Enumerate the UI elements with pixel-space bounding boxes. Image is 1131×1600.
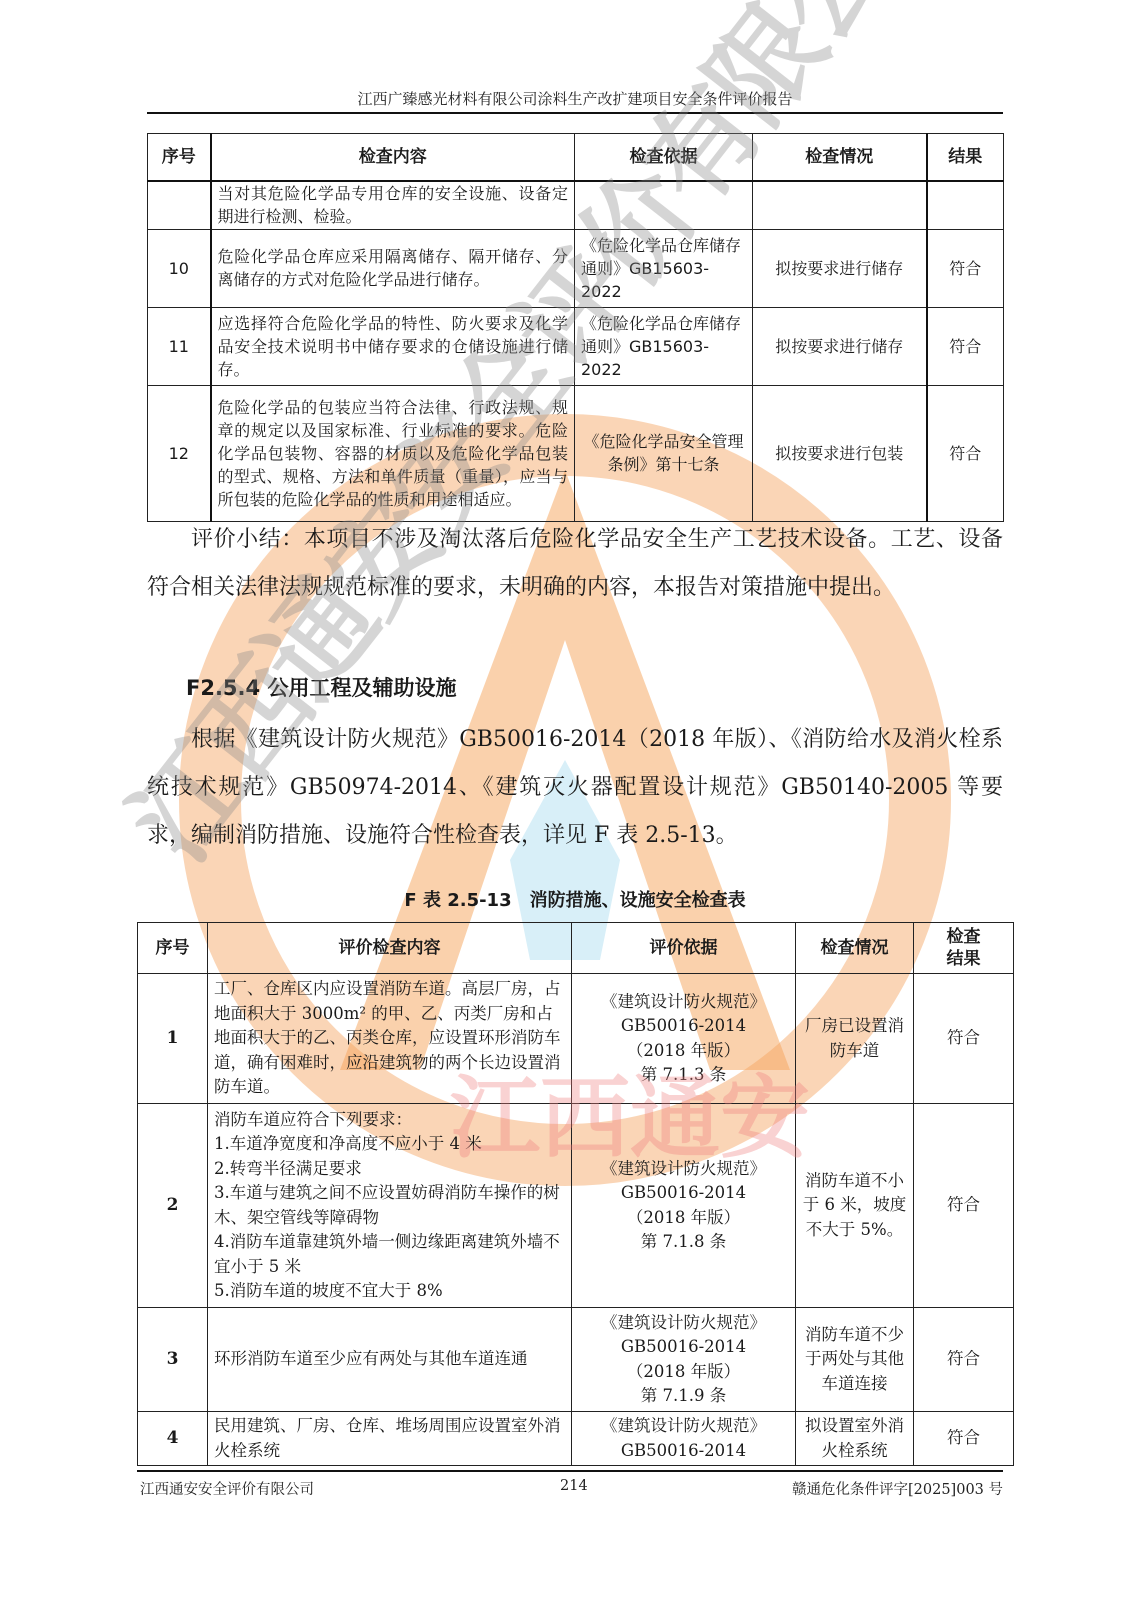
row-status [753, 181, 927, 229]
section-paragraph: 根据《建筑设计防火规范》GB50016-2014（2018 年版）、《消防给水及… [147, 716, 1003, 860]
header-rule [147, 112, 1003, 114]
col-header-result-label: 检查结果 [946, 926, 982, 970]
row-content: 消防车道应符合下列要求： 1.车道净宽度和净高度不应小于 4 米 2.转弯半径满… [208, 1104, 572, 1308]
hazmat-storage-check-table: 序号 检查内容 检查依据 检查情况 结果 当对其危险化学品专用仓库的安全设施、设… [147, 133, 1004, 522]
col-header-result: 检查结果 [914, 923, 1014, 974]
row-result: 符合 [927, 229, 1004, 307]
table-row: 11 应选择符合危险化学品的特性、防火要求及化学品安全技术说明书中储存要求的仓储… [148, 307, 1004, 385]
basis-line: 《建筑设计防火规范》 [578, 990, 789, 1015]
footer-page-number: 214 [560, 1478, 588, 1494]
basis-line: （2018 年版） [578, 1360, 789, 1385]
row-content: 危险化学品仓库应采用隔离储存、隔开储存、分离储存的方式对危险化学品进行储存。 [211, 229, 575, 307]
basis-line: 第 7.1.9 条 [578, 1384, 789, 1409]
row-status: 拟按要求进行储存 [753, 229, 927, 307]
row-basis: 《建筑设计防火规范》 GB50016-2014 （2018 年版） 第 7.1.… [572, 1104, 796, 1308]
row-content: 环形消防车道至少应有两处与其他车道连通 [208, 1308, 572, 1412]
table-row: 3 环形消防车道至少应有两处与其他车道连通 《建筑设计防火规范》 GB50016… [138, 1308, 1014, 1412]
row-result: 符合 [914, 1308, 1014, 1412]
footer-doc-number: 赣通危化条件评字[2025]003 号 [792, 1478, 1003, 1499]
basis-line: 《建筑设计防火规范》 [578, 1311, 789, 1336]
row-status: 拟按要求进行包装 [753, 385, 927, 521]
row-status: 消防车道不少于两处与其他车道连接 [796, 1308, 914, 1412]
row-no: 1 [138, 974, 208, 1104]
content-line: 5.消防车道的坡度不宜大于 8% [214, 1279, 565, 1304]
row-result: 符合 [914, 974, 1014, 1104]
basis-line: 《建筑设计防火规范》 [578, 1414, 789, 1439]
fire-protection-check-table: 序号 评价检查内容 评价依据 检查情况 检查结果 1 工厂、仓库区内应设置消防车… [137, 922, 1014, 1466]
row-no: 12 [148, 385, 211, 521]
col-header-no: 序号 [148, 134, 211, 182]
footer-rule [137, 1470, 1003, 1472]
content-line: 消防车道应符合下列要求： [214, 1108, 565, 1133]
basis-line: GB50016-2014 [578, 1335, 789, 1360]
col-header-result: 结果 [927, 134, 1004, 182]
table-caption: F 表 2.5-13 消防措施、设施安全检查表 [147, 886, 1003, 912]
section-heading: F2.5.4 公用工程及辅助设施 [186, 672, 456, 702]
row-result: 符合 [927, 307, 1004, 385]
row-no: 2 [138, 1104, 208, 1308]
basis-line: 第 7.1.3 条 [578, 1063, 789, 1088]
row-basis: 《建筑设计防火规范》 GB50016-2014 [572, 1412, 796, 1466]
col-header-status: 检查情况 [753, 134, 927, 182]
row-content: 应选择符合危险化学品的特性、防火要求及化学品安全技术说明书中储存要求的仓储设施进… [211, 307, 575, 385]
content-line: 2.转弯半径满足要求 [214, 1157, 565, 1182]
row-result: 符合 [914, 1412, 1014, 1466]
table-row: 12 危险化学品的包装应当符合法律、行政法规、规章的规定以及国家标准、行业标准的… [148, 385, 1004, 521]
basis-line: （2018 年版） [578, 1039, 789, 1064]
row-status: 厂房已设置消防车道 [796, 974, 914, 1104]
row-no: 4 [138, 1412, 208, 1466]
row-result [927, 181, 1004, 229]
table-row: 2 消防车道应符合下列要求： 1.车道净宽度和净高度不应小于 4 米 2.转弯半… [138, 1104, 1014, 1308]
col-header-content: 评价检查内容 [208, 923, 572, 974]
row-no: 10 [148, 229, 211, 307]
basis-line: GB50016-2014 [578, 1014, 789, 1039]
row-basis [575, 181, 753, 229]
basis-line: （2018 年版） [578, 1206, 789, 1231]
row-basis: 《建筑设计防火规范》 GB50016-2014 （2018 年版） 第 7.1.… [572, 1308, 796, 1412]
table-header-row: 序号 检查内容 检查依据 检查情况 结果 [148, 134, 1004, 182]
table-header-row: 序号 评价检查内容 评价依据 检查情况 检查结果 [138, 923, 1014, 974]
row-basis: 《危险化学品仓库储存通则》GB15603-2022 [575, 307, 753, 385]
col-header-basis: 评价依据 [572, 923, 796, 974]
table-row: 10 危险化学品仓库应采用隔离储存、隔开储存、分离储存的方式对危险化学品进行储存… [148, 229, 1004, 307]
row-basis: 《建筑设计防火规范》 GB50016-2014 （2018 年版） 第 7.1.… [572, 974, 796, 1104]
row-no: 3 [138, 1308, 208, 1412]
row-result: 符合 [927, 385, 1004, 521]
evaluation-summary: 评价小结：本项目不涉及淘汰落后危险化学品安全生产工艺技术设备。工艺、设备符合相关… [147, 516, 1003, 612]
row-content: 工厂、仓库区内应设置消防车道。高层厂房，占地面积大于 3000m² 的甲、乙、丙… [208, 974, 572, 1104]
row-content: 危险化学品的包装应当符合法律、行政法规、规章的规定以及国家标准、行业标准的要求。… [211, 385, 575, 521]
row-result: 符合 [914, 1104, 1014, 1308]
row-content: 民用建筑、厂房、仓库、堆场周围应设置室外消火栓系统 [208, 1412, 572, 1466]
row-status: 拟设置室外消火栓系统 [796, 1412, 914, 1466]
col-header-status: 检查情况 [796, 923, 914, 974]
basis-line: GB50016-2014 [578, 1439, 789, 1464]
basis-line: 第 7.1.8 条 [578, 1230, 789, 1255]
col-header-no: 序号 [138, 923, 208, 974]
footer-company: 江西通安安全评价有限公司 [140, 1478, 314, 1499]
row-basis: 《危险化学品仓库储存通则》GB15603-2022 [575, 229, 753, 307]
row-content: 当对其危险化学品专用仓库的安全设施、设备定期进行检测、检验。 [211, 181, 575, 229]
content-line: 4.消防车道靠建筑外墙一侧边缘距离建筑外墙不宜小于 5 米 [214, 1230, 565, 1279]
row-status: 拟按要求进行储存 [753, 307, 927, 385]
table-row: 1 工厂、仓库区内应设置消防车道。高层厂房，占地面积大于 3000m² 的甲、乙… [138, 974, 1014, 1104]
col-header-content: 检查内容 [211, 134, 575, 182]
col-header-basis: 检查依据 [575, 134, 753, 182]
content-line: 1.车道净宽度和净高度不应小于 4 米 [214, 1132, 565, 1157]
table-row: 当对其危险化学品专用仓库的安全设施、设备定期进行检测、检验。 [148, 181, 1004, 229]
content-line: 3.车道与建筑之间不应设置妨碍消防车操作的树木、架空管线等障碍物 [214, 1181, 565, 1230]
row-no: 11 [148, 307, 211, 385]
row-status: 消防车道不小于 6 米，坡度不大于 5%。 [796, 1104, 914, 1308]
basis-line: 《建筑设计防火规范》 [578, 1157, 789, 1182]
page-header-title: 江西广臻感光材料有限公司涂料生产改扩建项目安全条件评价报告 [147, 88, 1003, 109]
basis-line: GB50016-2014 [578, 1181, 789, 1206]
row-basis: 《危险化学品安全管理条例》第十七条 [575, 385, 753, 521]
table-row: 4 民用建筑、厂房、仓库、堆场周围应设置室外消火栓系统 《建筑设计防火规范》 G… [138, 1412, 1014, 1466]
row-no [148, 181, 211, 229]
